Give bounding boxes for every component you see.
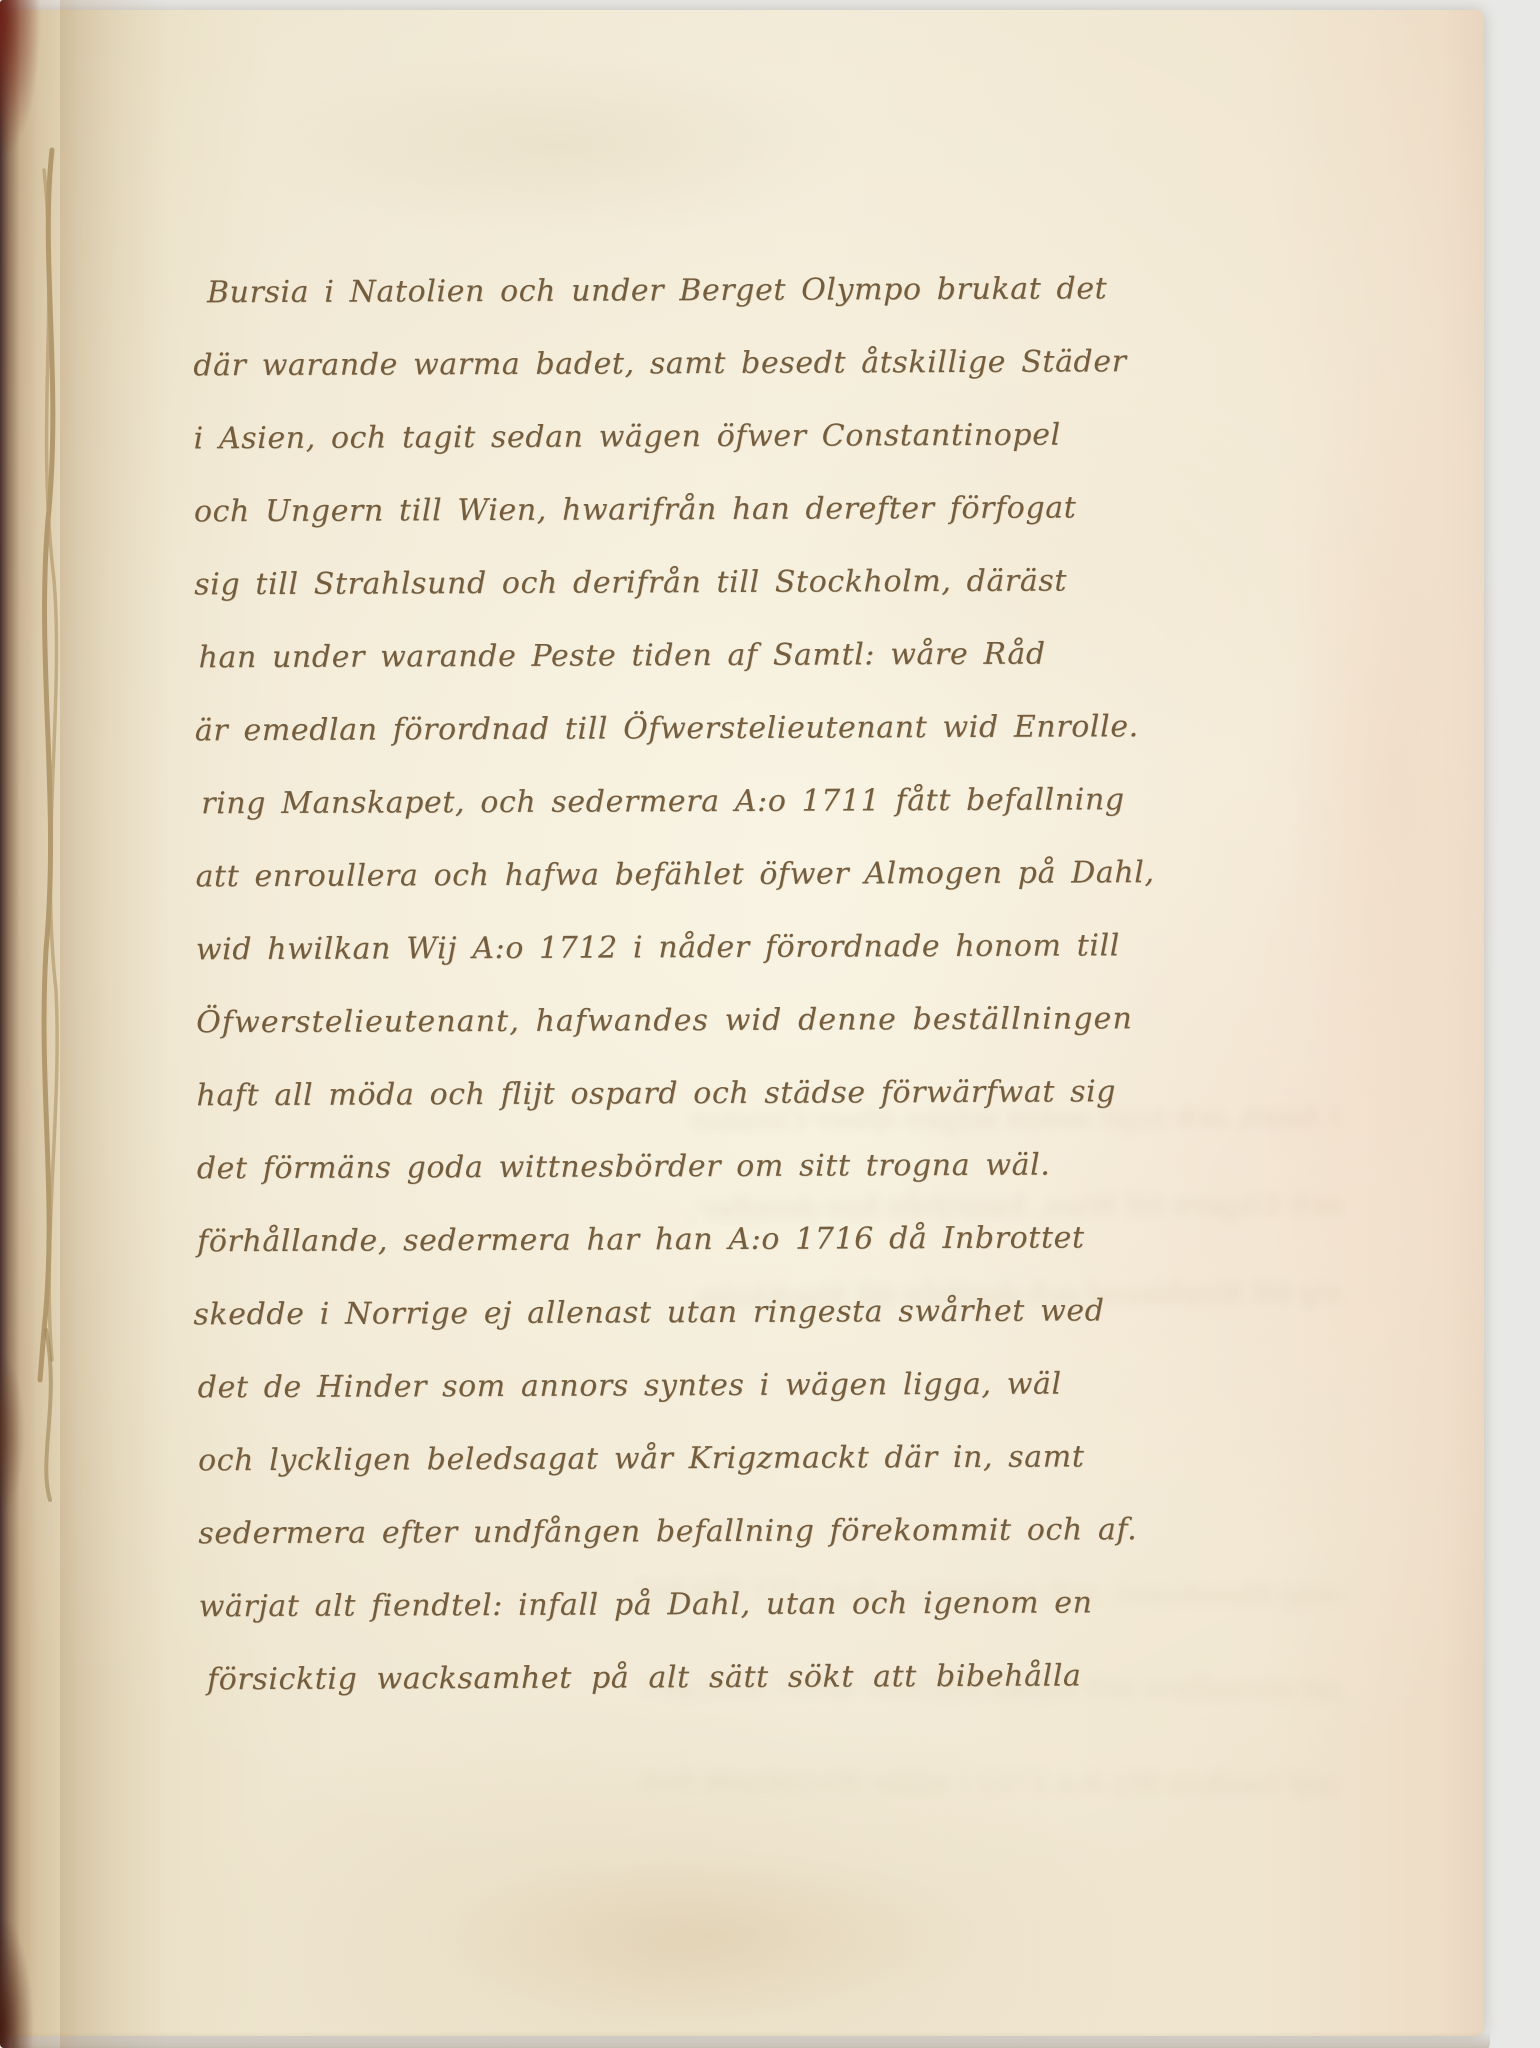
manuscript-line: Bursia i Natolien och under Berget Olymp… bbox=[207, 252, 1253, 330]
manuscript-line: det de Hinder som annors syntes i wägen … bbox=[198, 1347, 1258, 1425]
manuscript-line: Öfwerstelieutenant, hafwandes wid denne … bbox=[196, 982, 1256, 1060]
manuscript-line: wid hwilkan Wij A:o 1712 i nåder förordn… bbox=[196, 909, 1256, 987]
manuscript-line: och lyckligen beledsagat wår Krigzmackt … bbox=[198, 1420, 1258, 1498]
manuscript-line: och Ungern till Wien, hwarifrån han dere… bbox=[194, 471, 1254, 549]
book-spine-edge bbox=[0, 0, 78, 2048]
manuscript-line: ring Manskapet, och sedermera A:o 1711 f… bbox=[201, 763, 1255, 841]
verso-bleedthrough-text: ring Manskapet, och sedermera A:o 1711 f… bbox=[639, 1543, 1340, 1832]
manuscript-line: i Asien, och tagit sedan wägen öfwer Con… bbox=[193, 398, 1253, 476]
manuscript-line: sig till Strahlsund och derifrån till St… bbox=[194, 544, 1254, 622]
paper-stain bbox=[246, 50, 866, 240]
manuscript-line: är emedlan förordnad till Öfwerstelieute… bbox=[195, 690, 1255, 768]
manuscript-line: att enroullera och hafwa befählet öfwer … bbox=[195, 836, 1255, 914]
manuscript-line: där warande warma badet, samt besedt åts… bbox=[193, 325, 1253, 403]
manuscript-line: han under warande Peste tiden af Samtl: … bbox=[198, 617, 1254, 695]
manuscript-text-block: Bursia i Natolien och under Berget Olymp… bbox=[193, 252, 1259, 1717]
page-bottom-edge-shadow bbox=[12, 2032, 1490, 2048]
scanned-manuscript-image: Bursia i Natolien och under Berget Olymp… bbox=[0, 0, 1540, 2048]
paper-stain bbox=[426, 1850, 986, 2020]
verso-bleedthrough-text: i Asien, och tagit sedan wägen öfwer Con… bbox=[689, 1073, 1341, 1342]
